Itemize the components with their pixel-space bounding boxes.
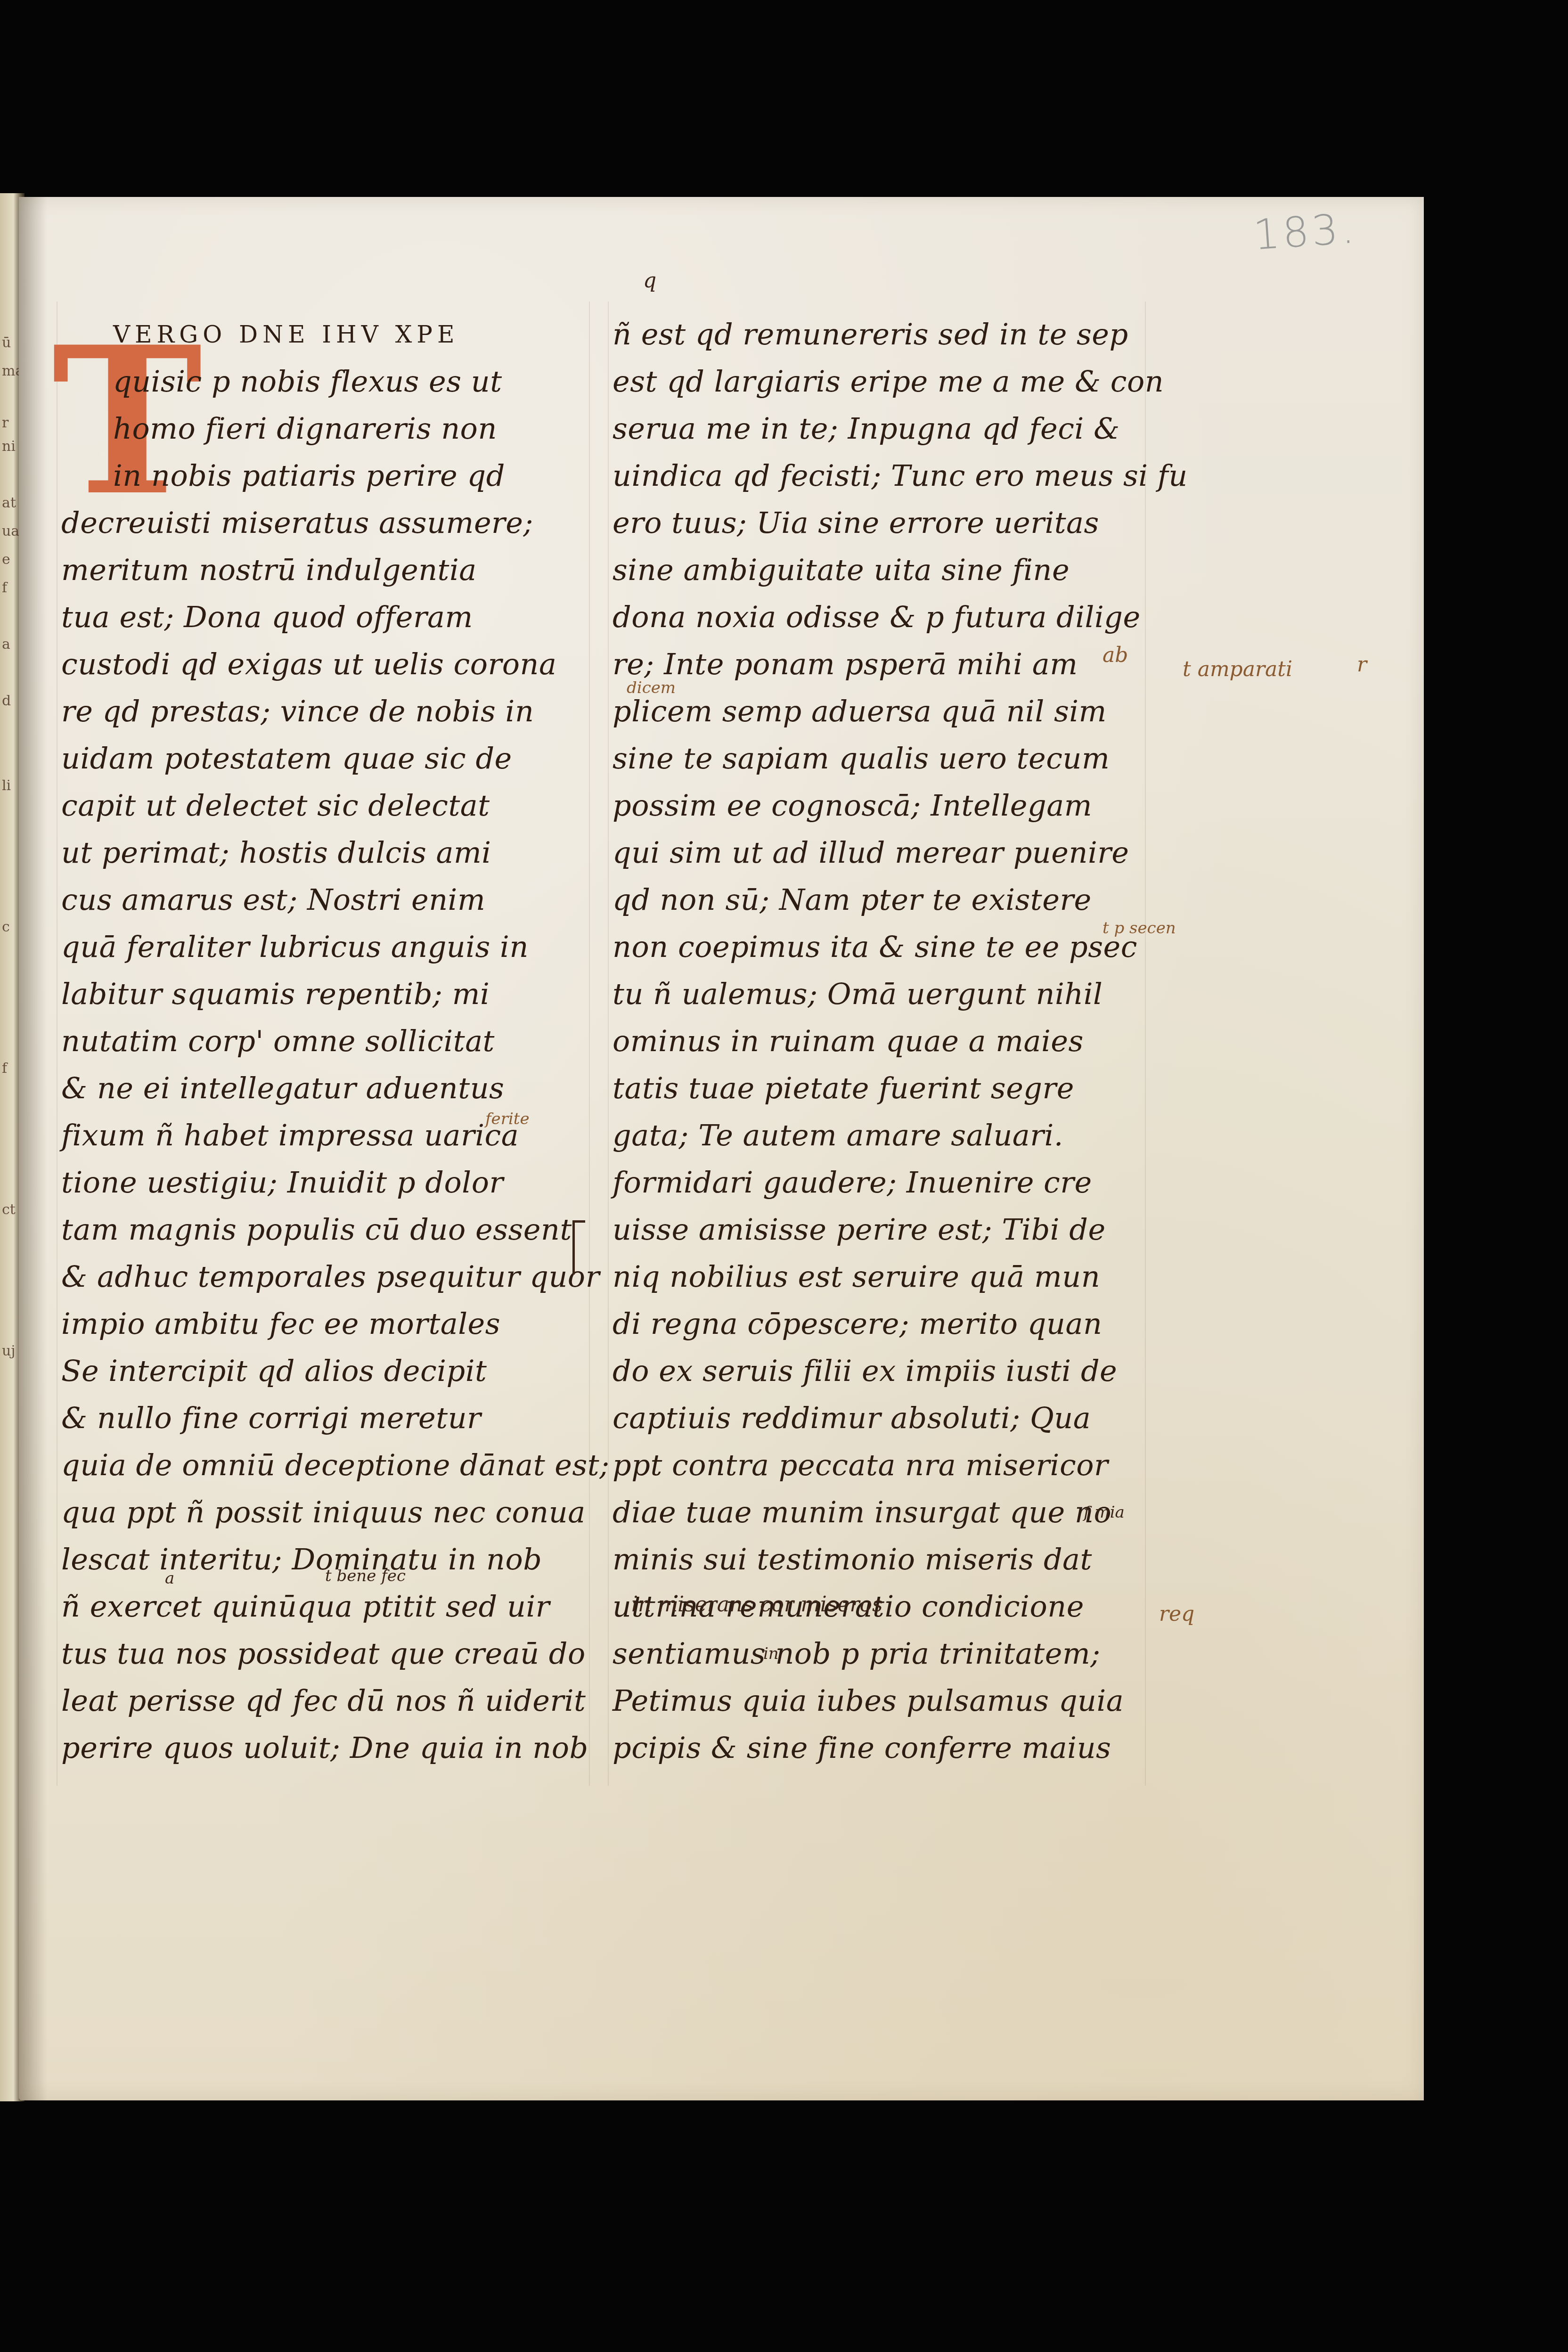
ruling-line [589,302,590,1786]
text-line: impio ambitu fec ee mortales [61,1300,589,1347]
text-line: uisse amisisse perire est; Tibi de [612,1206,1145,1253]
facing-page-text: e [2,551,10,568]
text-line: sine ambiguitate uita sine fine [612,547,1145,594]
text-line: in nobis patiaris perire qd [61,452,589,499]
right-column: ñ est qd remunereris sed in te sep est q… [612,311,1145,1772]
text-line: tu ñ ualemus; Omā uergunt nihil [612,971,1145,1018]
text-line: minis sui testimonio miseris dat [612,1536,1145,1583]
text-line: nutatim corp' omne sollicitat [61,1018,589,1065]
interlinear-gloss: in miserans cor miseros [631,1592,883,1617]
interlinear-gloss: a [165,1569,174,1588]
text-line: ppt contra peccata nra misericor [612,1442,1145,1489]
text-line: tione uestigiu; Inuidit p dolor [61,1159,589,1206]
ruling-line [1145,302,1146,1786]
text-line: quia de omniū deceptione dānat est; [61,1442,589,1489]
text-line: gata; Te autem amare saluari. [612,1112,1145,1159]
interlinear-gloss: ab [1102,643,1128,667]
left-column: VERGO DNE IHV XPE quisic p nobis flexus … [61,311,589,1772]
text-line: captiuis reddimur absoluti; Qua [612,1395,1145,1442]
text-line: & ne ei intellegatur aduentus [61,1065,589,1112]
text-line: possim ee cognoscā; Intellegam [612,782,1145,829]
text-line: leat perisse qd fec dū nos ñ uiderit [61,1677,589,1724]
text-line: ominus in ruinam quae a maies [612,1018,1145,1065]
correction-bracket [572,1220,585,1274]
facing-page-text: c [2,919,10,935]
text-line: qd non sū; Nam pter te existere [612,876,1145,923]
text-line: plicem semp aduersa quā nil sim [612,688,1145,735]
facing-page-text: ua [2,523,19,539]
interlinear-gloss: q [643,269,656,293]
text-line: decreuisti miseratus assumere; [61,499,589,547]
text-line: tatis tuae pietate fuerint segre [612,1065,1145,1112]
interlinear-gloss: dicem [627,678,676,697]
text-line: est qd largiaris eripe me a me & con [612,358,1145,405]
text-line: re; Inte ponam psperā mihi am [612,641,1145,688]
facing-page-text: ū [2,335,11,351]
text-line: di regna cōpescere; merito quan [612,1300,1145,1347]
text-line: sine te sapiam qualis uero tecum [612,735,1145,782]
text-line: uindica qd fecisti; Tunc ero meus si fu [612,452,1145,499]
facing-page-text: ct [2,1201,16,1218]
text-line: re qd prestas; vince de nobis in [61,688,589,735]
text-line: tus tua nos possideat que creaū do [61,1630,589,1677]
text-line: formidari gaudere; Inuenire cre [612,1159,1145,1206]
facing-page-text: ni [2,438,16,455]
margin-note: req [1159,1602,1194,1626]
text-line: Se intercipit qd alios decipit [61,1347,589,1395]
facing-page-text: r [2,415,8,431]
interlinear-gloss: t p secen [1102,919,1176,938]
gutter-shadow [19,197,47,2100]
interlinear-gloss: ferite [485,1110,530,1128]
text-line: & nullo fine corrigi meretur [61,1395,589,1442]
text-line: tam magnis populis cū duo essent [61,1206,589,1253]
ruling-line [608,302,609,1786]
facing-page-text: f [2,580,7,596]
text-line: do ex seruis filii ex impiis iusti de [612,1347,1145,1395]
facing-page-text: a [2,636,10,653]
margin-note: t amparati [1183,657,1292,681]
text-line: qui sim ut ad illud merear puenire [612,829,1145,876]
text-line: quisic p nobis flexus es ut [61,358,589,405]
interlinear-gloss: f mia [1084,1503,1125,1522]
facing-page-text: f [2,1060,7,1077]
facing-page-text: d [2,693,11,709]
facing-page-text: li [2,777,11,794]
text-line: cus amarus est; Nostri enim [61,876,589,923]
text-line: & adhuc temporales psequitur quor [61,1253,589,1300]
text-line: capit ut delectet sic delectat [61,782,589,829]
facing-page-text: at [2,495,16,511]
text-line: Petimus quia iubes pulsamus quia [612,1677,1145,1724]
interlinear-gloss: in [763,1644,779,1663]
text-line: serua me in te; Inpugna qd feci & [612,405,1145,452]
text-line: perire quos uoluit; Dne quia in nob [61,1724,589,1772]
text-line: meritum nostrū indulgentia [61,547,589,594]
facing-page-text: uj [2,1343,16,1359]
text-line: sentiamus nob p pria trinitatem; [612,1630,1145,1677]
text-line: diae tuae munim insurgat que no [612,1489,1145,1536]
text-line: dona noxia odisse & p futura dilige [612,594,1145,641]
text-line: tua est; Dona quod offeram [61,594,589,641]
text-line: homo fieri dignareris non [61,405,589,452]
text-line: ñ exercet quinūqua ptitit sed uir [61,1583,589,1630]
margin-note: r [1357,653,1367,677]
text-line: ero tuus; Uia sine errore ueritas [612,499,1145,547]
text-line: pcipis & sine fine conferre maius [612,1724,1145,1772]
text-line: labitur squamis repentib; mi [61,971,589,1018]
interlinear-gloss: t bene fec [325,1567,406,1585]
text-line: niq nobilius est seruire quā mun [612,1253,1145,1300]
text-line: custodi qd exigas ut uelis corona [61,641,589,688]
text-line: uidam potestatem quae sic de [61,735,589,782]
text-line: ut perimat; hostis dulcis ami [61,829,589,876]
text-line: ñ est qd remunereris sed in te sep [612,311,1145,358]
text-line: qua ppt ñ possit iniquus nec conua [61,1489,589,1536]
rubric-line: VERGO DNE IHV XPE [61,311,589,358]
text-line: non coepimus ita & sine te ee psec [612,923,1145,971]
text-line: quā feraliter lubricus anguis in [61,923,589,971]
folio-number: 183. [1252,204,1359,259]
